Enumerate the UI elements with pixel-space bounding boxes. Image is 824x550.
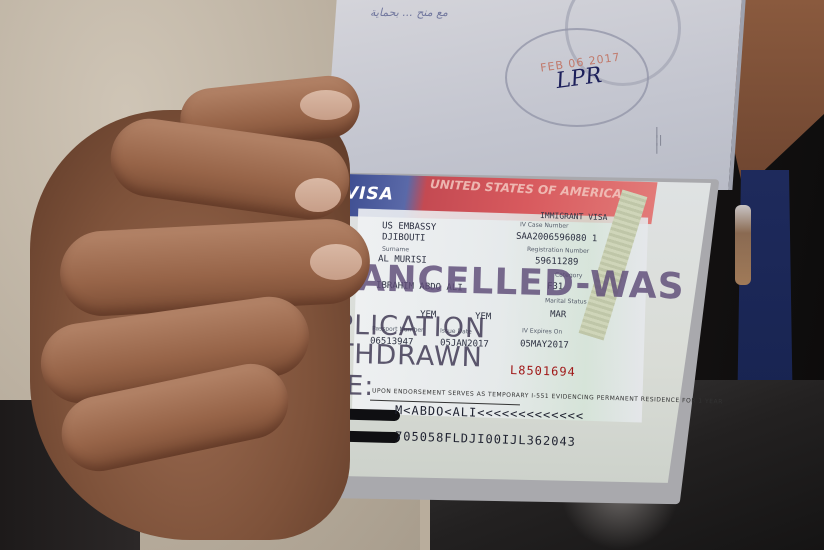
middle-fingernail — [295, 178, 341, 212]
surname-label: Surname — [382, 246, 409, 254]
handwritten-note: مع منح ... بحماية — [370, 6, 448, 19]
jacket-zipper-pull — [735, 205, 751, 285]
issuing-post-line1: US EMBASSY — [382, 221, 436, 233]
iv-case-label: IV Case Number — [520, 221, 569, 230]
index-fingernail — [300, 90, 352, 120]
visa-label: VISA — [345, 183, 394, 204]
ring-fingernail — [310, 244, 362, 280]
expiry-date: 05MAY2017 — [520, 339, 569, 351]
page-side-marks: |||| — [655, 128, 662, 152]
marital-status: MAR — [550, 310, 567, 321]
control-number: L8501694 — [510, 363, 576, 379]
issuing-post-line2: DJIBOUTI — [382, 232, 426, 243]
expiry-label: IV Expires On — [522, 327, 562, 335]
photo-scene: مع منح ... بحماية FEB 06 2017 LPR |||| V… — [0, 0, 824, 550]
